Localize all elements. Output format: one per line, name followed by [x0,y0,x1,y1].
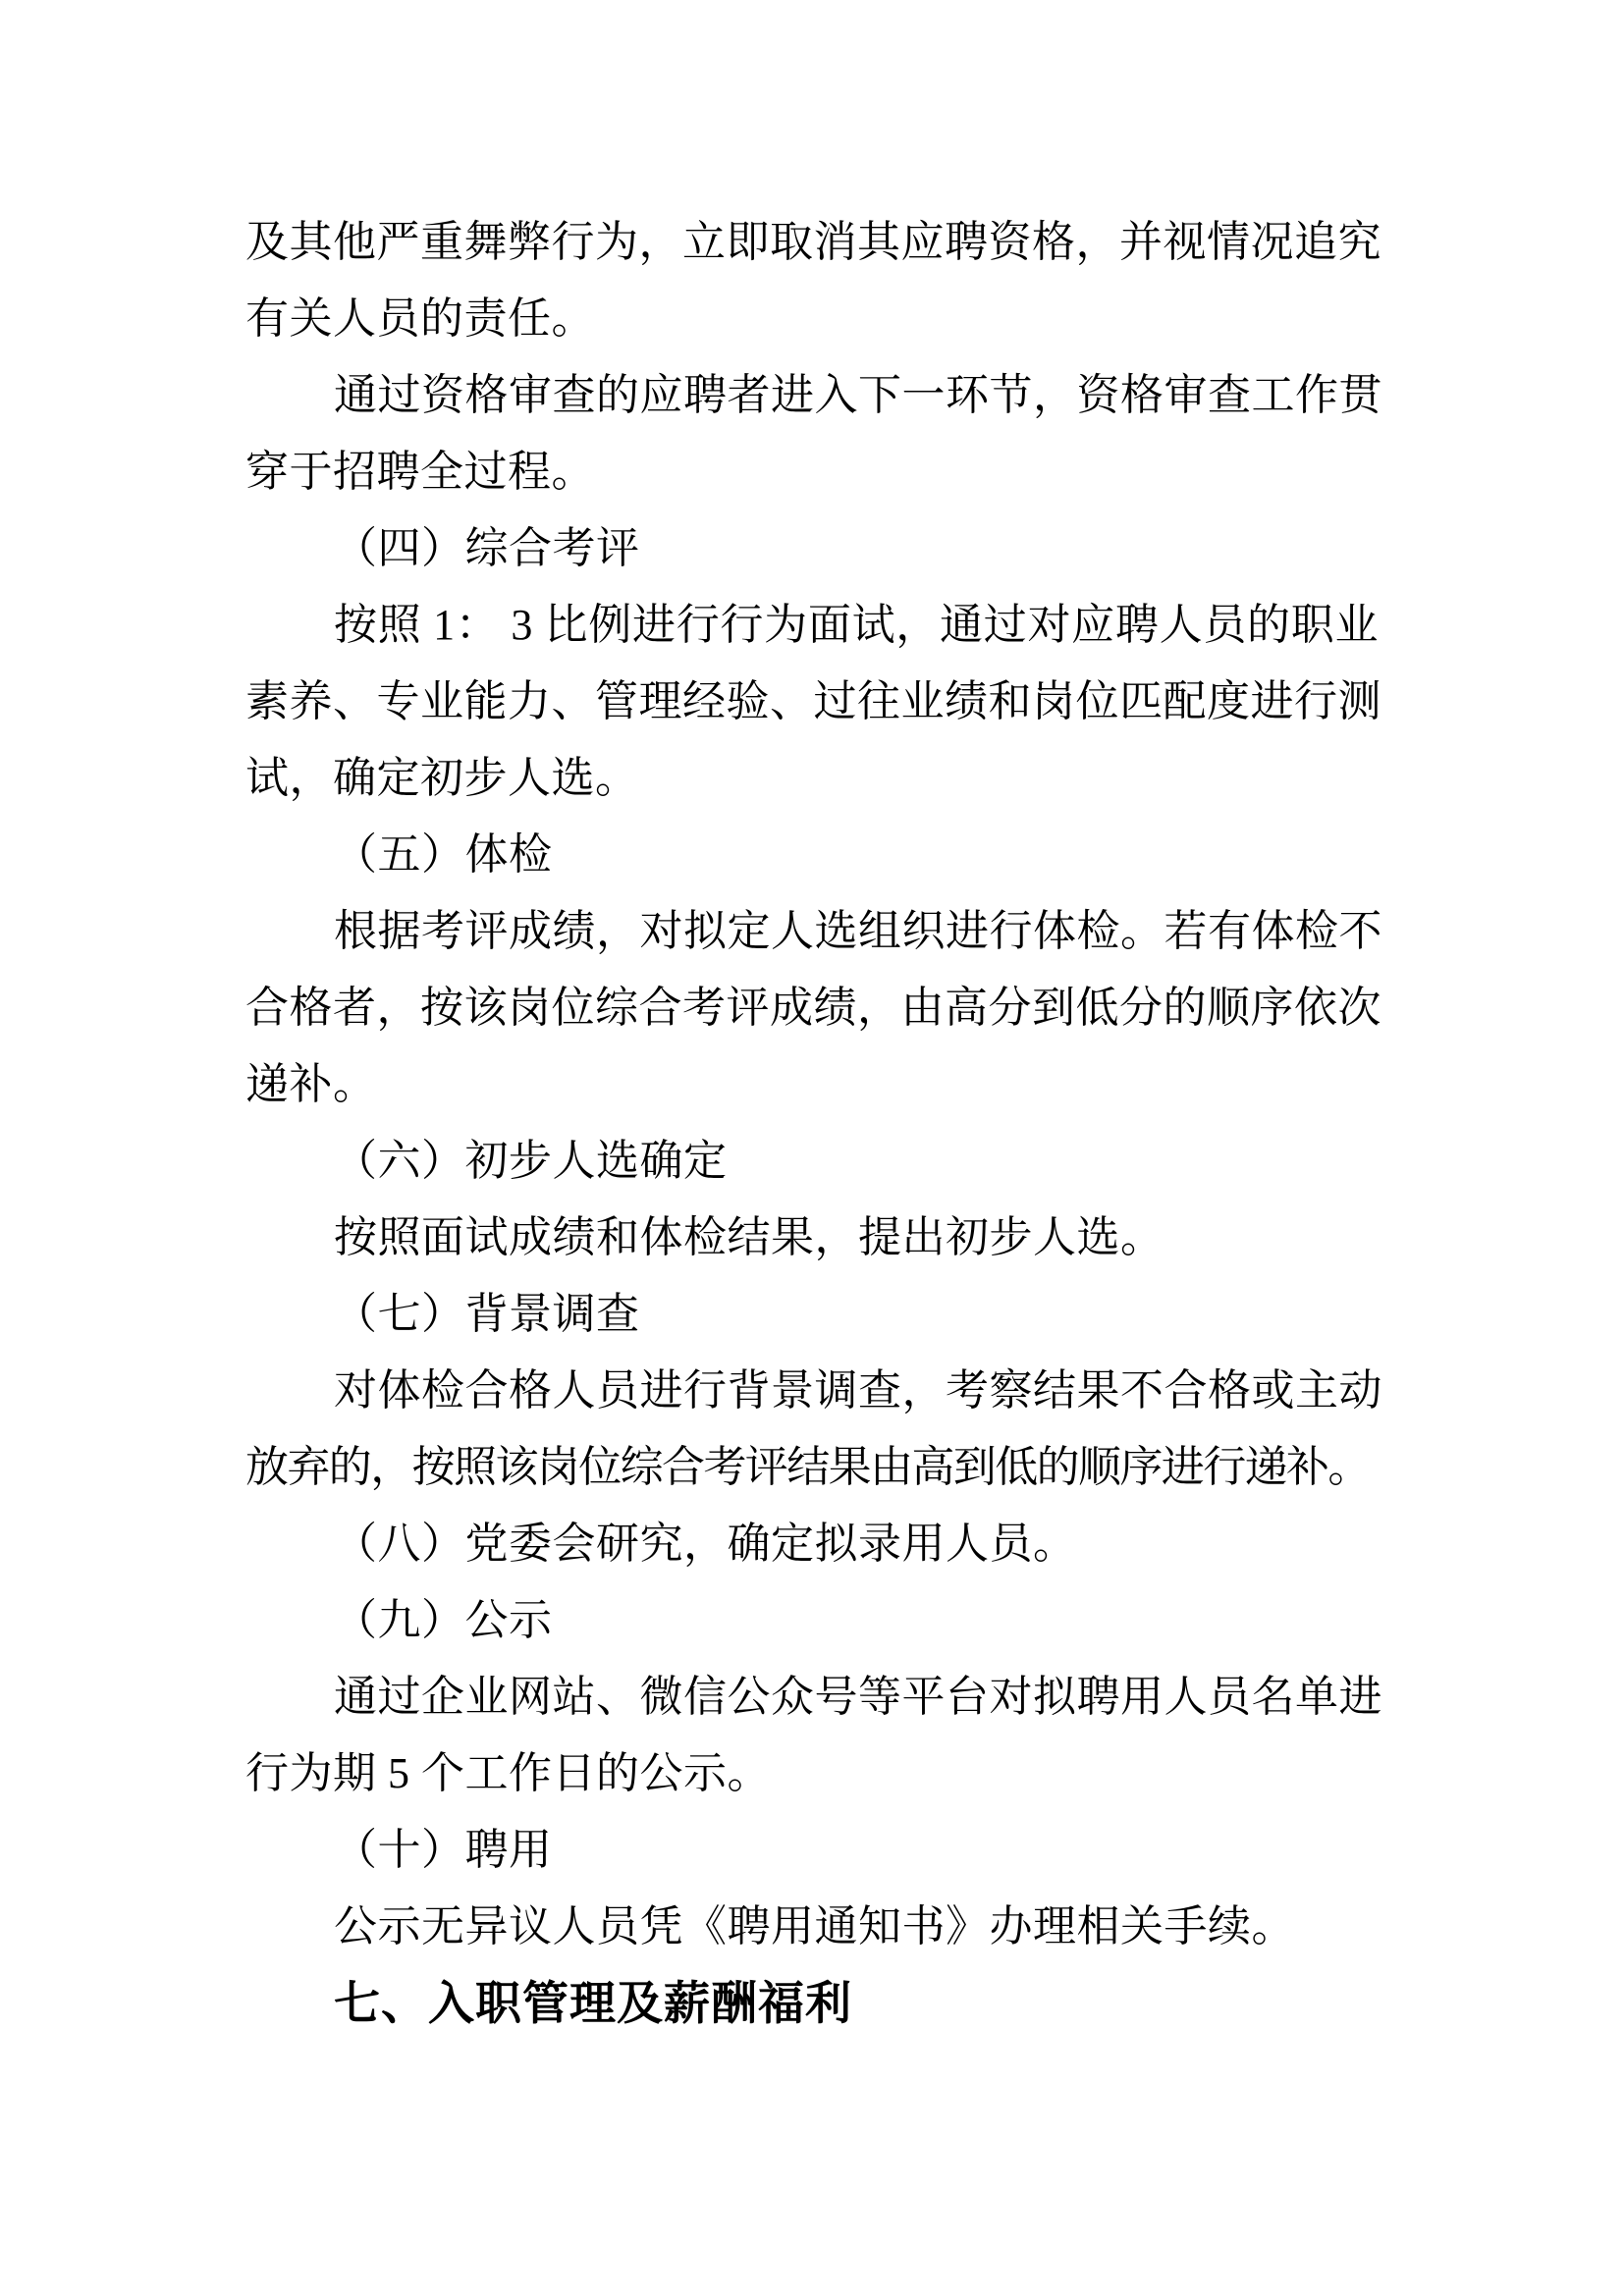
body-text-line: 公示无异议人员凭《聘用通知书》办理相关手续。 [245,1889,1379,1965]
heading-section-10: （十）聘用 [245,1812,1379,1889]
document-text-block: 及其他严重舞弊行为，立即取消其应聘资格，并视情况追究 有关人员的责任。 通过资格… [245,204,1379,2042]
body-text-line: 对体检合格人员进行背景调查，考察结果不合格或主动 [245,1353,1379,1429]
body-text-line: 按照 1： 3 比例进行行为面试，通过对应聘人员的职业 [245,587,1379,664]
body-text-line: 放弃的，按照该岗位综合考评结果由高到低的顺序进行递补。 [245,1429,1379,1506]
heading-section-4: （四）综合考评 [245,510,1379,587]
body-text-line: 试，确定初步人选。 [245,740,1379,817]
body-text-line: 根据考评成绩，对拟定人选组织进行体检。若有体检不 [245,893,1379,970]
heading-section-5: （五）体检 [245,817,1379,893]
body-text-line: 通过企业网站、微信公众号等平台对拟聘用人员名单进 [245,1659,1379,1735]
body-text-line: 素养、专业能力、管理经验、过往业绩和岗位匹配度进行测 [245,664,1379,740]
heading-section-6: （六）初步人选确定 [245,1123,1379,1200]
heading-chapter-7: 七、入职管理及薪酬福利 [245,1965,1379,2042]
paragraph-continuation-line: 及其他严重舞弊行为，立即取消其应聘资格，并视情况追究 [245,204,1379,281]
body-text-line: 递补。 [245,1046,1379,1123]
document-page: 及其他严重舞弊行为，立即取消其应聘资格，并视情况追究 有关人员的责任。 通过资格… [0,0,1624,2296]
body-text-line: 穿于招聘全过程。 [245,434,1379,510]
body-text-line: 通过资格审查的应聘者进入下一环节，资格审查工作贯 [245,357,1379,434]
heading-section-9: （九）公示 [245,1582,1379,1659]
body-text-line: 行为期 5 个工作日的公示。 [245,1735,1379,1812]
heading-section-7: （七）背景调查 [245,1276,1379,1353]
body-text-line: 合格者，按该岗位综合考评成绩，由高分到低分的顺序依次 [245,970,1379,1046]
body-text-line: 按照面试成绩和体检结果，提出初步人选。 [245,1200,1379,1276]
body-text-line: 有关人员的责任。 [245,281,1379,357]
heading-section-8: （八）党委会研究，确定拟录用人员。 [245,1506,1379,1582]
